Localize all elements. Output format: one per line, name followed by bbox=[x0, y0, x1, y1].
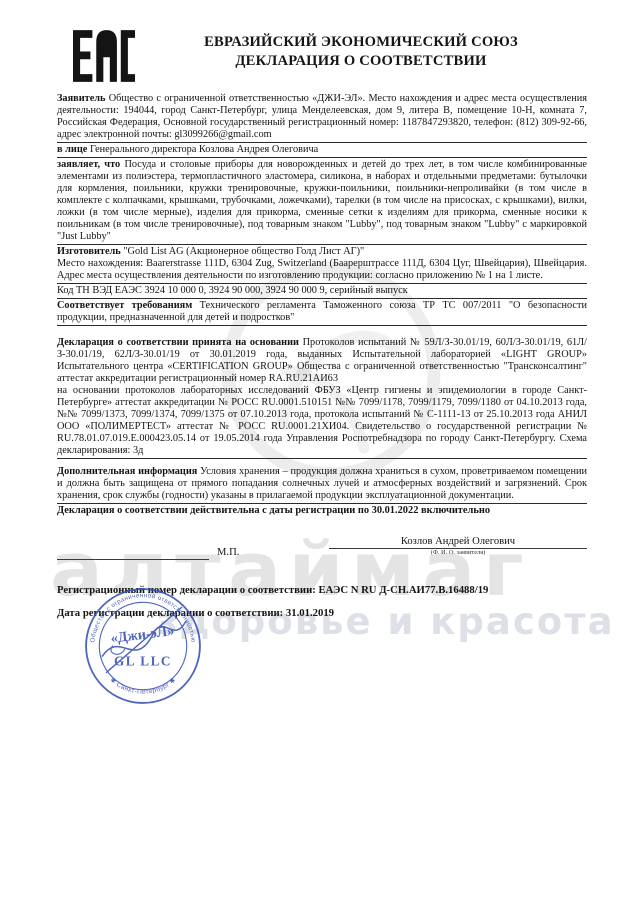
divider bbox=[57, 157, 587, 158]
divider bbox=[57, 503, 587, 504]
validity-line: Декларация о соответствии действительна … bbox=[57, 505, 587, 518]
divider bbox=[57, 244, 587, 245]
manufacturer-paragraph: Изготовитель "Gold List AG (Акционерное … bbox=[57, 246, 587, 258]
manufacturer-address: Место нахождения: Baarerstrasse 111D, 63… bbox=[57, 258, 587, 282]
company-stamp: Общество с ограниченной ответственностью… bbox=[82, 585, 204, 707]
header: ЕВРАЗИЙСКИЙ ЭКОНОМИЧЕСКИЙ СОЮЗ ДЕКЛАРАЦИ… bbox=[57, 26, 587, 84]
tn-ved-line: Код ТН ВЭД ЕАЭС 3924 10 000 0, 3924 90 0… bbox=[57, 285, 587, 297]
doc-title-line1: ЕВРАЗИЙСКИЙ ЭКОНОМИЧЕСКИЙ СОЮЗ bbox=[135, 33, 587, 52]
svg-text:✱ Санкт-Петербург ✱: ✱ Санкт-Петербург ✱ bbox=[108, 676, 177, 696]
manufacturer-label: Изготовитель bbox=[57, 246, 121, 257]
divider bbox=[57, 458, 587, 459]
basis-label: Декларация о соответствии принята на осн… bbox=[57, 337, 299, 348]
declares-label: заявляет, что bbox=[57, 159, 120, 170]
signatory-name: Козлов Андрей Олегович bbox=[329, 536, 587, 547]
basis-paragraph: Декларация о соответствии принята на осн… bbox=[57, 337, 587, 385]
signature-line-left bbox=[57, 559, 209, 560]
manufacturer-name: "Gold List AG (Акционерное общество Голд… bbox=[123, 246, 364, 257]
declaration-document: ЕВРАЗИЙСКИЙ ЭКОНОМИЧЕСКИЙ СОЮЗ ДЕКЛАРАЦИ… bbox=[0, 0, 637, 630]
basis-paragraph-2: на основании протоколов лабораторных исс… bbox=[57, 385, 587, 457]
complies-paragraph: Соответствует требованиям Технического р… bbox=[57, 300, 587, 324]
registration-date-value: 31.01.2019 bbox=[286, 607, 334, 619]
applicant-paragraph: Заявитель Общество с ограниченной ответс… bbox=[57, 93, 587, 141]
signatory-caption: (Ф. И. О. заявителя) bbox=[329, 549, 587, 557]
stamp-ring-bottom-text: ✱ Санкт-Петербург ✱ bbox=[108, 676, 177, 696]
declares-text: Посуда и столовые приборы для новорожден… bbox=[57, 159, 587, 242]
doc-title: ЕВРАЗИЙСКИЙ ЭКОНОМИЧЕСКИЙ СОЮЗ ДЕКЛАРАЦИ… bbox=[135, 26, 587, 71]
eac-logo-icon bbox=[73, 28, 135, 84]
declares-paragraph: заявляет, что Посуда и столовые приборы … bbox=[57, 159, 587, 243]
additional-info-paragraph: Дополнительная информация Условия хранен… bbox=[57, 466, 587, 502]
spacer bbox=[57, 327, 587, 337]
complies-label: Соответствует требованиям bbox=[57, 300, 192, 311]
divider bbox=[57, 283, 587, 284]
signatory-block: Козлов Андрей Олегович (Ф. И. О. заявите… bbox=[329, 536, 587, 557]
in-person-paragraph: в лице Генерального директора Козлова Ан… bbox=[57, 144, 587, 156]
doc-title-line2: ДЕКЛАРАЦИЯ О СООТВЕТСТВИИ bbox=[135, 52, 587, 71]
signature-block: М.П. Козлов Андрей Олегович (Ф. И. О. за… bbox=[57, 526, 587, 584]
stamp-company-name-latin: GL LLC bbox=[114, 653, 172, 668]
stamp-place-label: М.П. bbox=[217, 547, 239, 558]
applicant-label: Заявитель bbox=[57, 93, 106, 104]
in-person-label: в лице bbox=[57, 144, 87, 155]
in-person-text: Генерального директора Козлова Андрея Ол… bbox=[90, 144, 318, 155]
applicant-text: Общество с ограниченной ответственностью… bbox=[57, 93, 587, 140]
divider bbox=[57, 142, 587, 143]
registration-number-value: ЕАЭС N RU Д-CH.АИ77.В.16488/19 bbox=[318, 584, 488, 596]
divider bbox=[57, 325, 587, 326]
additional-info-label: Дополнительная информация bbox=[57, 466, 197, 477]
divider bbox=[57, 298, 587, 299]
